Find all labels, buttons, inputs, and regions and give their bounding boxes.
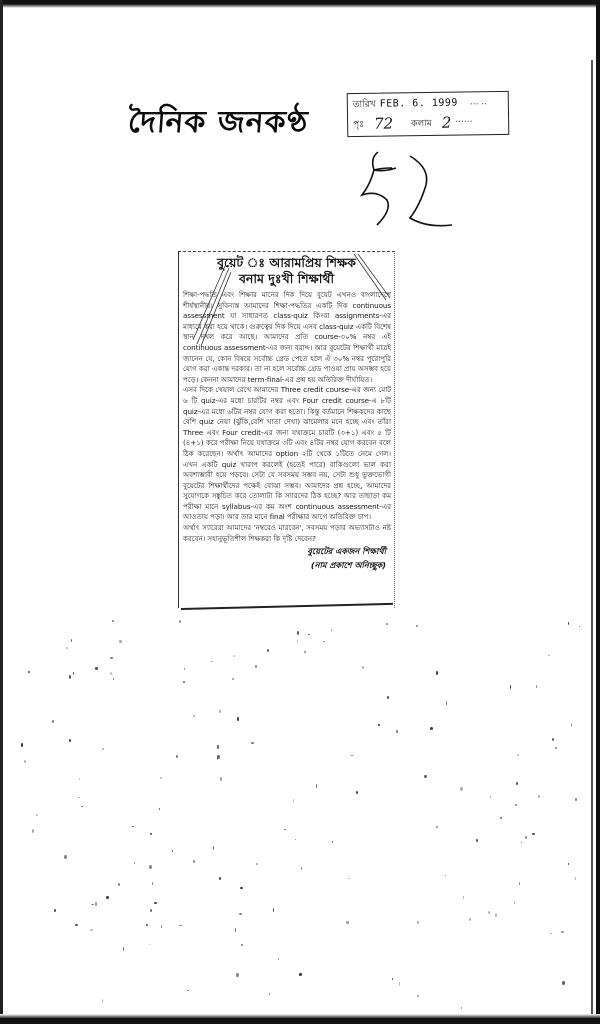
scan-speck bbox=[299, 973, 301, 975]
stamp-date-label: তারিখ bbox=[353, 96, 376, 111]
stamp-date-row: তারিখ FEB. 6. 1999 ... .. bbox=[348, 92, 508, 114]
scan-speck bbox=[436, 671, 438, 674]
scan-speck bbox=[24, 760, 26, 762]
scan-speck bbox=[515, 804, 516, 807]
scan-speck bbox=[110, 657, 112, 659]
stamp-column-dots: ······ bbox=[455, 117, 472, 127]
scan-speck bbox=[538, 795, 541, 797]
scan-speck bbox=[146, 924, 148, 926]
article-signature: বুয়েটের একজন শিক্ষার্থী (নাম প্রকাশে অন… bbox=[179, 544, 394, 572]
scan-speck bbox=[179, 925, 181, 926]
scan-speck bbox=[297, 640, 299, 642]
scan-speck bbox=[510, 685, 511, 689]
scan-speck bbox=[331, 629, 333, 631]
handwritten-52-glyph bbox=[352, 150, 462, 230]
scan-speck bbox=[332, 841, 333, 843]
scan-speck bbox=[348, 878, 350, 879]
scan-speck bbox=[269, 993, 270, 995]
scan-speck bbox=[323, 641, 325, 642]
scan-speck bbox=[301, 867, 302, 871]
scan-speck bbox=[152, 882, 153, 885]
scan-speck bbox=[95, 667, 98, 670]
scan-speck bbox=[463, 896, 465, 899]
scan-speck bbox=[102, 999, 103, 1002]
scan-speck bbox=[278, 958, 279, 960]
scan-speck bbox=[232, 678, 234, 680]
scan-speck bbox=[516, 782, 518, 785]
scan-speck bbox=[525, 836, 527, 839]
scan-speck bbox=[417, 921, 419, 924]
stamp-page-value: 72 bbox=[374, 114, 393, 132]
scan-speck bbox=[233, 655, 235, 657]
scan-speck bbox=[430, 727, 433, 730]
scan-speck bbox=[273, 908, 275, 912]
scan-speck bbox=[519, 882, 521, 885]
scan-speck bbox=[548, 655, 550, 656]
scan-speck bbox=[149, 865, 152, 869]
scan-speck bbox=[293, 799, 294, 802]
scan-border-top bbox=[0, 0, 600, 6]
scan-speck bbox=[78, 797, 81, 798]
ink-stroke-decoration bbox=[193, 266, 231, 346]
scan-speck bbox=[550, 933, 552, 934]
scan-speck bbox=[154, 902, 156, 904]
scan-speck bbox=[495, 913, 497, 917]
scan-speck bbox=[160, 777, 162, 779]
scan-speck bbox=[210, 661, 212, 663]
scan-speck bbox=[284, 829, 286, 830]
scan-speck bbox=[75, 924, 78, 926]
scan-speck bbox=[571, 723, 572, 726]
scan-speck bbox=[66, 647, 67, 649]
scan-speck bbox=[386, 623, 387, 625]
scan-speck bbox=[256, 863, 258, 865]
scan-speck bbox=[161, 925, 163, 928]
newspaper-masthead: দৈনিক জনকণ্ঠ bbox=[126, 98, 310, 149]
scan-speck bbox=[32, 829, 35, 833]
scan-speck bbox=[73, 672, 74, 675]
scan-speck bbox=[362, 666, 364, 668]
scan-speck bbox=[490, 796, 492, 798]
scan-speck bbox=[568, 622, 569, 625]
ink-stroke-decoration bbox=[352, 252, 390, 302]
scan-border-right bbox=[596, 0, 600, 1024]
scan-speck bbox=[255, 665, 257, 668]
scan-speck bbox=[568, 863, 569, 865]
signature-note: (নাম প্রকাশে অনিচ্ছুক) bbox=[179, 558, 386, 572]
scan-speck bbox=[251, 742, 254, 744]
scan-speck bbox=[90, 929, 93, 931]
scan-speck bbox=[536, 685, 537, 688]
scan-speck bbox=[150, 909, 152, 913]
scan-speck bbox=[396, 730, 397, 734]
stamp-page-label: পৃঃ bbox=[353, 116, 364, 131]
scan-speck bbox=[552, 738, 555, 741]
scan-speck bbox=[220, 777, 222, 781]
scan-speck bbox=[213, 846, 215, 850]
scan-speck bbox=[113, 678, 114, 680]
scan-speck bbox=[304, 651, 307, 654]
article-paragraph: অর্থাৎ স্যারেরা আমাদের 'নম্বরেও মারবেন',… bbox=[183, 523, 391, 544]
stamp-page-row: পৃঃ 72 কলাম 2 ······ bbox=[348, 112, 508, 134]
scan-speck bbox=[469, 918, 472, 921]
scan-speck bbox=[417, 995, 419, 997]
scan-speck bbox=[219, 877, 221, 880]
scan-border-left bbox=[0, 0, 3, 1024]
scan-speck bbox=[52, 720, 54, 723]
scan-speck bbox=[132, 826, 134, 827]
scan-speck bbox=[436, 826, 438, 829]
scan-speck bbox=[240, 887, 242, 889]
scan-speck bbox=[112, 620, 114, 621]
stamp-column-value: 2 bbox=[442, 114, 452, 132]
scan-speck bbox=[71, 639, 73, 642]
scan-speck bbox=[416, 625, 417, 626]
scan-speck bbox=[28, 671, 30, 674]
scan-speck bbox=[575, 877, 576, 880]
scan-speck bbox=[36, 814, 38, 817]
date-stamp: তারিখ FEB. 6. 1999 ... .. পৃঃ 72 কলাম 2 … bbox=[347, 91, 510, 137]
scan-speck bbox=[159, 808, 160, 809]
scan-speck bbox=[387, 696, 390, 699]
scan-speck bbox=[64, 855, 67, 859]
scan-speck bbox=[219, 710, 221, 713]
scan-speck bbox=[106, 896, 108, 899]
scan-speck bbox=[517, 754, 518, 756]
scan-speck bbox=[184, 668, 185, 670]
scan-speck bbox=[79, 778, 80, 780]
scan-speck bbox=[476, 839, 478, 842]
scan-speck bbox=[488, 911, 490, 914]
scan-speck bbox=[521, 842, 522, 843]
scan-speck bbox=[217, 755, 220, 758]
stamp-date-dots: ... .. bbox=[470, 97, 487, 107]
scan-speck bbox=[351, 755, 353, 756]
scan-speck bbox=[118, 883, 120, 886]
handwritten-page-number bbox=[352, 150, 462, 230]
scan-speck bbox=[346, 921, 349, 925]
scan-speck bbox=[134, 862, 135, 864]
scan-speck bbox=[236, 973, 238, 977]
scan-speck bbox=[575, 798, 578, 801]
scan-speck bbox=[237, 717, 239, 721]
scan-speck bbox=[91, 904, 94, 905]
scan-speck bbox=[69, 739, 71, 742]
scan-speck bbox=[123, 947, 125, 950]
article-paragraph: এসব দিকে খেয়াল রেখে আমাদের Three credit… bbox=[183, 385, 391, 523]
scan-speck bbox=[241, 944, 242, 946]
scan-speck bbox=[69, 675, 71, 679]
article-clipping: বুয়েট ঃ আরামপ্রিয় শিক্ষক বনাম দুঃখী শি… bbox=[178, 251, 395, 608]
scan-speck bbox=[562, 981, 565, 984]
scan-speck bbox=[95, 902, 97, 906]
scan-speck bbox=[267, 649, 270, 652]
scan-speck bbox=[239, 913, 242, 916]
scan-speck bbox=[579, 626, 580, 628]
scan-speck bbox=[110, 672, 113, 675]
scan-speck bbox=[54, 909, 56, 912]
scan-speck bbox=[445, 875, 446, 877]
stamp-date: FEB. 6. 1999 bbox=[380, 97, 458, 109]
scan-speck bbox=[460, 787, 462, 790]
scan-speck bbox=[378, 724, 380, 725]
scan-speck bbox=[295, 839, 296, 841]
scan-speck bbox=[187, 990, 189, 991]
scan-speck bbox=[532, 833, 535, 836]
scan-speck bbox=[102, 748, 103, 750]
scan-speck bbox=[461, 1007, 462, 1009]
scan-speck bbox=[235, 928, 236, 931]
scan-speck bbox=[81, 806, 83, 807]
scan-speck bbox=[297, 631, 299, 634]
scan-border-bottom bbox=[0, 1018, 600, 1024]
scan-speck bbox=[193, 715, 195, 718]
scan-speck bbox=[356, 791, 358, 794]
scan-speck bbox=[555, 747, 557, 749]
scan-speck bbox=[392, 978, 393, 980]
scan-speck bbox=[514, 902, 515, 904]
scan-speck bbox=[172, 850, 173, 852]
signature-author: বুয়েটের একজন শিক্ষার্থী bbox=[179, 544, 386, 558]
scan-speck bbox=[446, 701, 448, 704]
scan-speck bbox=[500, 817, 503, 819]
stamp-column-label: কলাম bbox=[411, 115, 432, 130]
scan-speck bbox=[21, 743, 23, 746]
scan-speck bbox=[193, 860, 194, 863]
scan-speck bbox=[308, 634, 310, 636]
scan-speck bbox=[149, 944, 150, 945]
scan-speck bbox=[183, 681, 184, 683]
scan-speck bbox=[561, 931, 564, 933]
scan-speck bbox=[176, 755, 177, 758]
scan-speck bbox=[316, 784, 317, 788]
scan-speck bbox=[217, 745, 218, 749]
scan-speck bbox=[119, 640, 122, 644]
scan-speck bbox=[424, 775, 427, 778]
scan-speck bbox=[179, 620, 181, 623]
scan-speck bbox=[150, 833, 152, 834]
scan-speck bbox=[399, 982, 400, 985]
